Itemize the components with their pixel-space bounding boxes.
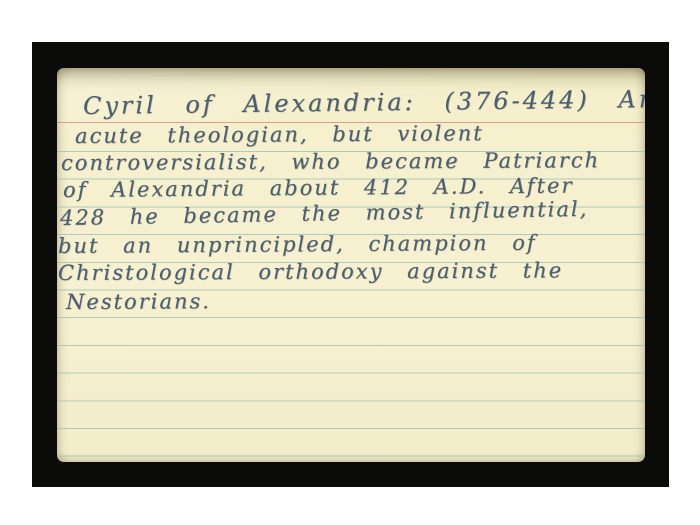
handwriting-line-5: 428 he became the most influential, [60,197,589,230]
photo-black-mat: Cyril of Alexandria: (376-444) An acute … [32,42,669,487]
index-card: Cyril of Alexandria: (376-444) An acute … [57,68,645,462]
handwriting-line-7: Christological orthodoxy against the [58,258,563,285]
handwriting-line-1: Cyril of Alexandria: (376-444) An [83,85,645,120]
handwriting-line-6: but an unprincipled, champion of [58,231,537,258]
handwriting-line-2: acute theologian, but violent [75,121,484,148]
handwritten-text: Cyril of Alexandria: (376-444) An acute … [57,68,645,462]
handwriting-line-3: controversialist, who became Patriarch [61,148,600,175]
page-background: Cyril of Alexandria: (376-444) An acute … [0,0,700,525]
handwriting-line-8: Nestorians. [66,289,211,314]
